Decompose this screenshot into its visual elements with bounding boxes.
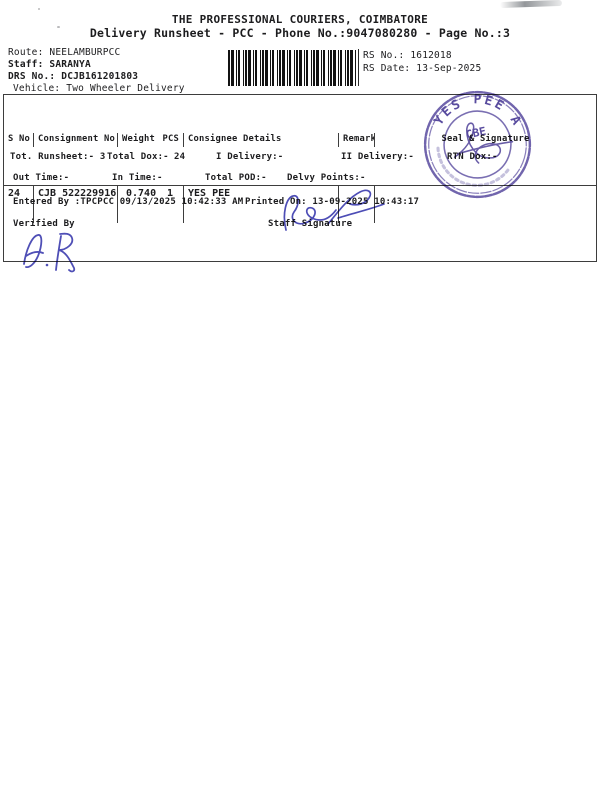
col-weight-pcs: WeightPCS	[118, 133, 184, 147]
verified-by-signature	[16, 226, 80, 278]
scan-smudge	[500, 0, 562, 8]
staff-line: Staff: SARANYA	[8, 59, 91, 70]
scan-speck	[38, 8, 40, 10]
ii-delivery: II Delivery:-	[341, 152, 414, 162]
col-s-no: S No	[4, 133, 34, 147]
vehicle-line: Vehicle: Two Wheeler Delivery	[13, 83, 185, 94]
col-weight: Weight	[122, 134, 155, 146]
staff-signature-scribble	[272, 184, 392, 236]
total-dox-label: Total Dox:-	[107, 152, 169, 162]
total-dox-value: 24	[174, 152, 185, 162]
col-consignee-details: Consignee Details	[184, 133, 339, 147]
delvy-points: Delvy Points:-	[287, 173, 366, 183]
rs-no: RS No.: 1612018	[363, 50, 452, 61]
out-time: Out Time:-	[13, 173, 69, 183]
barcode-divider	[358, 49, 359, 86]
rs-date: RS Date: 13-Sep-2025	[363, 63, 481, 74]
document-title: THE PROFESSIONAL COURIERS, COIMBATORE	[0, 13, 600, 26]
total-pod: Total POD:-	[205, 173, 267, 183]
route-line: Route: NEELAMBURPCC	[8, 47, 120, 58]
col-pcs: PCS	[163, 134, 180, 146]
document-subtitle: Delivery Runsheet - PCC - Phone No.:9047…	[0, 26, 600, 40]
delivery-runsheet-document: THE PROFESSIONAL COURIERS, COIMBATORE De…	[0, 0, 600, 800]
i-delivery: I Delivery:-	[216, 152, 283, 162]
rs-barcode	[228, 50, 356, 86]
in-time: In Time:-	[112, 173, 163, 183]
col-consignment-no: Consignment No	[34, 133, 118, 147]
company-seal-stamp: YES PEE A CBE	[420, 87, 535, 202]
drs-no-line: DRS No.: DCJB161201803	[8, 71, 138, 82]
col-remarks: Remarks	[339, 133, 375, 147]
tot-runsheet: Tot. Runsheet:- 3	[10, 152, 106, 162]
entered-by: Entered By :TPCPCC 09/13/2025 10:42:33 A…	[13, 197, 243, 207]
